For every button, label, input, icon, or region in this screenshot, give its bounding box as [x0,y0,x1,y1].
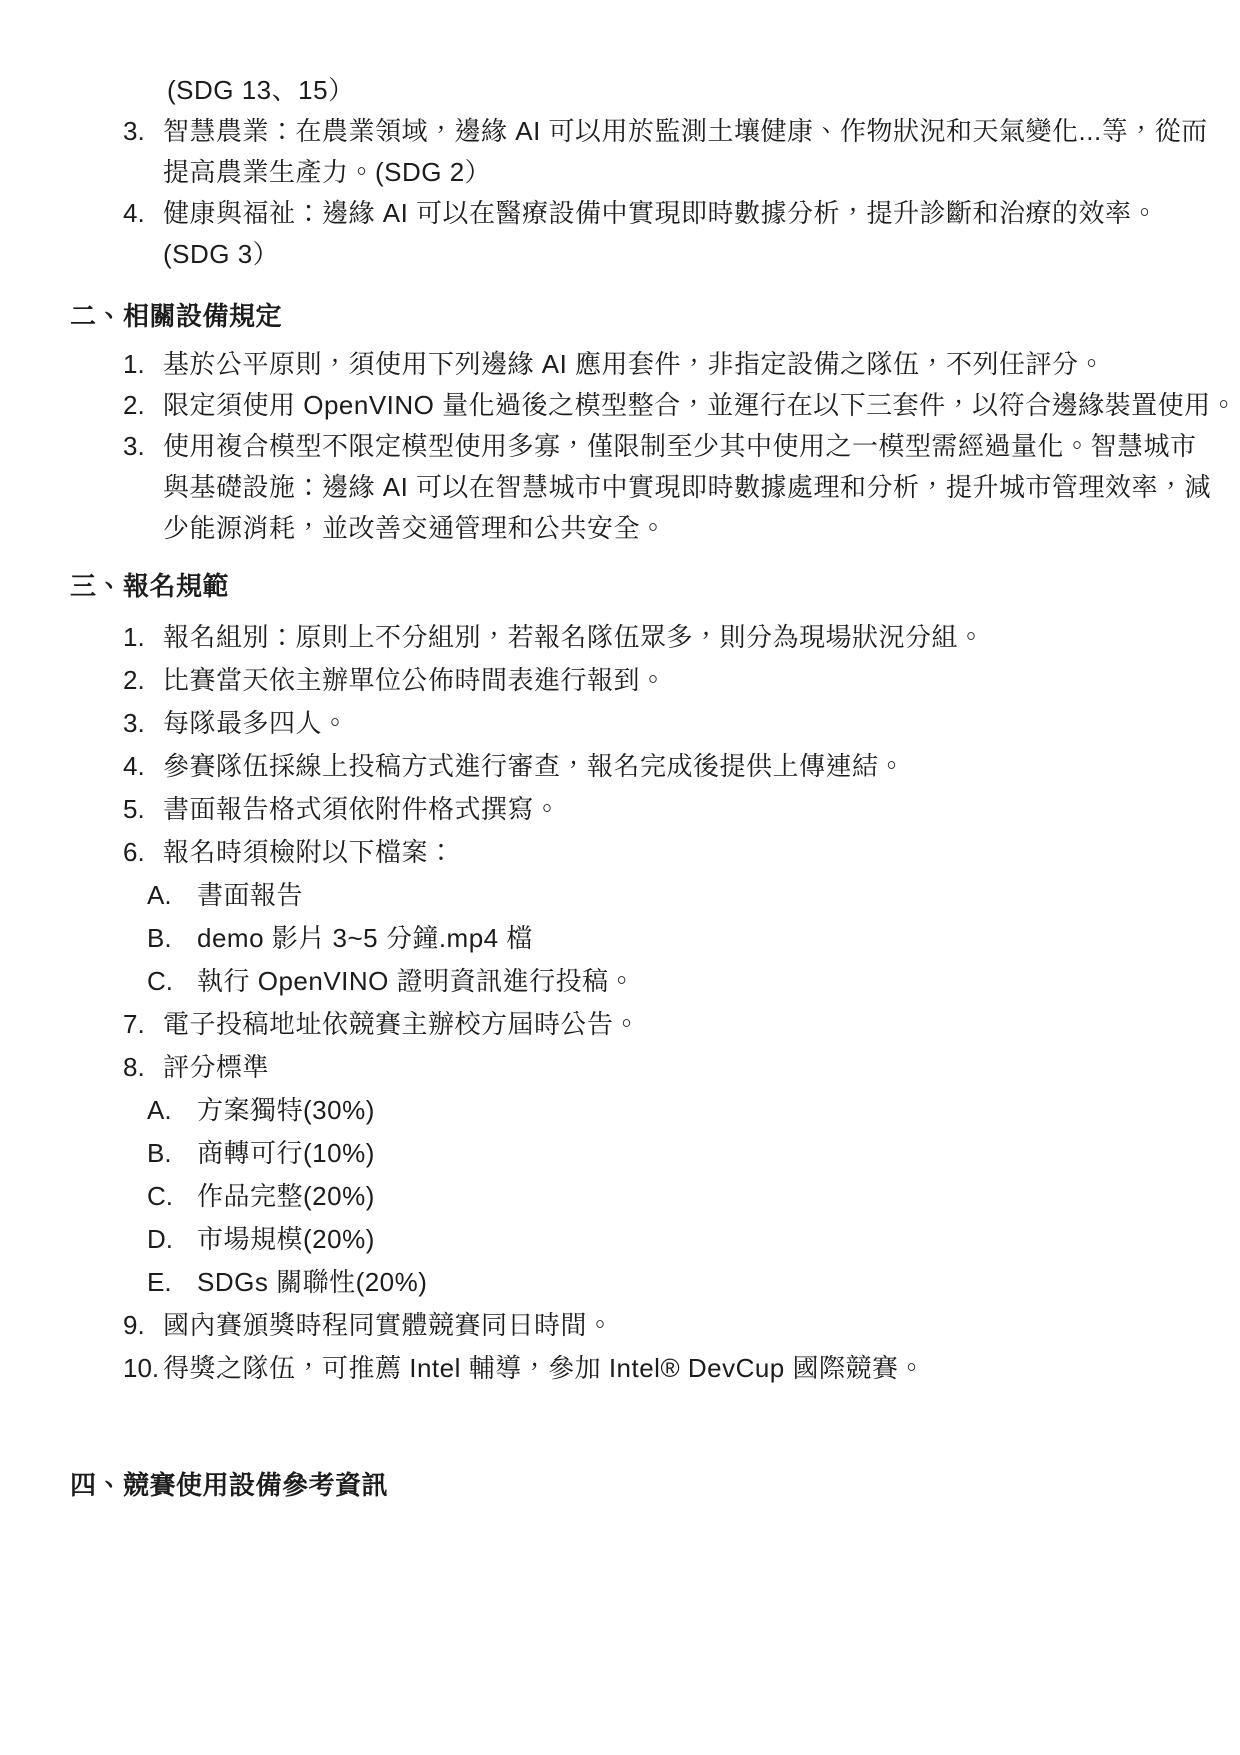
list-marker: B. [147,917,197,960]
registration-item-3: 3. 每隊最多四人。 [0,702,1240,745]
list-marker: 7. [123,1003,163,1046]
list-marker: 1. [123,344,163,385]
registration-item-9: 9. 國內賽頒獎時程同實體競賽同日時間。 [0,1304,1240,1347]
criterion-a: A. 方案獨特(30%) [0,1089,1240,1132]
equipment-item-2: 2. 限定須使用 OpenVINO 量化過後之模型整合，並運行在以下三套件，以符… [0,385,1240,426]
list-text: 作品完整(20%) [197,1175,375,1218]
registration-item-4: 4. 參賽隊伍採線上投稿方式進行審查，報名完成後提供上傳連結。 [0,745,1240,788]
list-text: 提高農業生產力。(SDG 2） [163,152,491,193]
list-text: 方案獨特(30%) [197,1089,375,1132]
list-text: 參賽隊伍採線上投稿方式進行審查，報名完成後提供上傳連結。 [163,745,905,788]
registration-item-2: 2. 比賽當天依主辦單位公佈時間表進行報到。 [0,659,1240,702]
list-text: demo 影片 3~5 分鐘.mp4 檔 [197,917,533,960]
list-text: 限定須使用 OpenVINO 量化過後之模型整合，並運行在以下三套件，以符合邊緣… [163,385,1237,426]
criterion-d: D. 市場規模(20%) [0,1218,1240,1261]
list-text: 比賽當天依主辦單位公佈時間表進行報到。 [163,659,667,702]
list-text: 使用複合模型不限定模型使用多寡，僅限制至少其中使用之一模型需經過量化。智慧城市 [163,426,1197,467]
list-text: 報名組別：原則上不分組別，若報名隊伍眾多，則分為現場狀況分組。 [163,616,985,659]
list-marker: 8. [123,1046,163,1089]
criterion-e: E. SDGs 關聯性(20%) [0,1261,1240,1304]
list-marker: 1. [123,616,163,659]
registration-item-6: 6. 報名時須檢附以下檔案： [0,831,1240,874]
criterion-b: B. 商轉可行(10%) [0,1132,1240,1175]
list-marker: B. [147,1132,197,1175]
list-marker: 2. [123,385,163,426]
list-text: 商轉可行(10%) [197,1132,375,1175]
list-text: 書面報告格式須依附件格式撰寫。 [163,788,561,831]
list-marker: 2. [123,659,163,702]
required-file-b: B. demo 影片 3~5 分鐘.mp4 檔 [0,917,1240,960]
list-marker: C. [147,960,197,1003]
registration-item-1: 1. 報名組別：原則上不分組別，若報名隊伍眾多，則分為現場狀況分組。 [0,616,1240,659]
list-text: 市場規模(20%) [197,1218,375,1261]
equipment-item-1: 1. 基於公平原則，須使用下列邊緣 AI 應用套件，非指定設備之隊伍，不列任評分… [0,344,1240,385]
list-text: 書面報告 [197,874,303,917]
list-marker: 6. [123,831,163,874]
list-marker: 5. [123,788,163,831]
registration-list: 1. 報名組別：原則上不分組別，若報名隊伍眾多，則分為現場狀況分組。 2. 比賽… [0,616,1240,1390]
criterion-c: C. 作品完整(20%) [0,1175,1240,1218]
list-marker: A. [147,1089,197,1132]
list-text: 國內賽頒獎時程同實體競賽同日時間。 [163,1304,614,1347]
document-page: (SDG 13、15） 3. 智慧農業：在農業領域，邊緣 AI 可以用於監測土壤… [0,0,1240,1755]
sdg-item-3-line-2: 提高農業生產力。(SDG 2） [0,152,1240,193]
registration-item-8: 8. 評分標準 [0,1046,1240,1089]
list-text: 少能源消耗，並改善交通管理和公共安全。 [163,508,667,549]
list-marker: D. [147,1218,197,1261]
list-text: 基於公平原則，須使用下列邊緣 AI 應用套件，非指定設備之隊伍，不列任評分。 [163,344,1105,385]
sdg-item-3-line-1: 3. 智慧農業：在農業領域，邊緣 AI 可以用於監測土壤健康、作物狀況和天氣變化… [0,111,1240,152]
list-marker: 4. [123,745,163,788]
list-text: 智慧農業：在農業領域，邊緣 AI 可以用於監測土壤健康、作物狀況和天氣變化...… [163,111,1208,152]
list-text: 得獎之隊伍，可推薦 Intel 輔導，參加 Intel® DevCup 國際競賽… [163,1347,925,1390]
list-marker: 3. [123,702,163,745]
list-marker: 3. [123,426,163,467]
registration-item-7: 7. 電子投稿地址依競賽主辦校方屆時公告。 [0,1003,1240,1046]
list-text: 與基礎設施：邊緣 AI 可以在智慧城市中實現即時數據處理和分析，提升城市管理效率… [163,467,1211,508]
list-marker: C. [147,1175,197,1218]
list-text: 報名時須檢附以下檔案： [163,831,455,874]
list-marker: 3. [123,111,163,152]
required-file-c: C. 執行 OpenVINO 證明資訊進行投稿。 [0,960,1240,1003]
section-heading-registration: 三、報名規範 [70,565,1240,608]
section-heading-equipment: 二、相關設備規定 [70,295,1240,338]
sdg-item-4-line-1: 4. 健康與福祉：邊緣 AI 可以在醫療設備中實現即時數據分析，提升診斷和治療的… [0,193,1240,234]
registration-item-5: 5. 書面報告格式須依附件格式撰寫。 [0,788,1240,831]
sdg-item-4-line-2: (SDG 3） [0,234,1240,275]
equipment-item-3-line-3: 少能源消耗，並改善交通管理和公共安全。 [0,508,1240,549]
list-text: (SDG 3） [163,234,279,275]
list-text: 每隊最多四人。 [163,702,349,745]
document-content: (SDG 13、15） 3. 智慧農業：在農業領域，邊緣 AI 可以用於監測土壤… [0,0,1240,1507]
list-text: 健康與福祉：邊緣 AI 可以在醫療設備中實現即時數據分析，提升診斷和治療的效率。 [163,193,1158,234]
equipment-item-3-line-2: 與基礎設施：邊緣 AI 可以在智慧城市中實現即時數據處理和分析，提升城市管理效率… [0,467,1240,508]
required-file-a: A. 書面報告 [0,874,1240,917]
list-marker: 10. [123,1347,163,1390]
list-text: SDGs 關聯性(20%) [197,1261,427,1304]
equipment-item-3-line-1: 3. 使用複合模型不限定模型使用多寡，僅限制至少其中使用之一模型需經過量化。智慧… [0,426,1240,467]
list-marker: 9. [123,1304,163,1347]
list-text: 評分標準 [163,1046,269,1089]
registration-item-10: 10. 得獎之隊伍，可推薦 Intel 輔導，參加 Intel® DevCup … [0,1347,1240,1390]
sdg-carryover-line: (SDG 13、15） [167,70,1240,111]
section-heading-reference: 四、競賽使用設備參考資訊 [70,1464,1240,1507]
list-text: 電子投稿地址依競賽主辦校方屆時公告。 [163,1003,640,1046]
list-marker: E. [147,1261,197,1304]
list-text: 執行 OpenVINO 證明資訊進行投稿。 [197,960,635,1003]
list-marker: A. [147,874,197,917]
list-marker: 4. [123,193,163,234]
